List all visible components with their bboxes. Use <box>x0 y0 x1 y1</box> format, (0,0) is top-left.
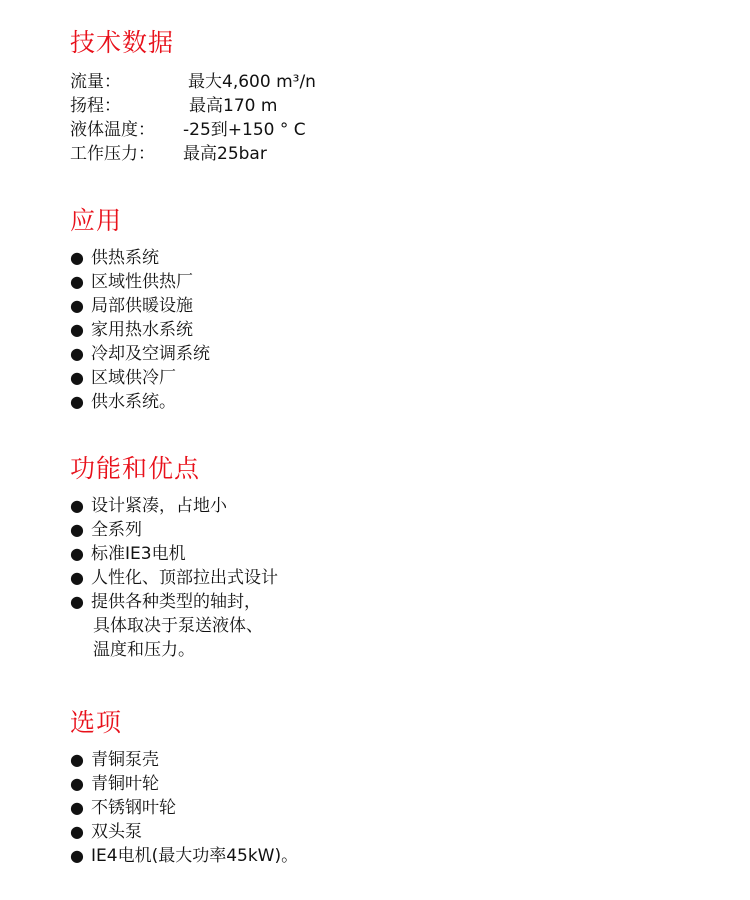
list-item: ●冷却及空调系统 <box>70 342 210 366</box>
list-item: ●双头泵 <box>70 820 298 844</box>
list-item: ●全系列 <box>70 518 278 542</box>
list-item: ●青铜泵壳 <box>70 748 298 772</box>
bullet-icon: ● <box>70 566 91 590</box>
list-item: ●供水系统。 <box>70 390 210 414</box>
applications-list: ●供热系统 ●区域性供热厂 ●局部供暖设施 ●家用热水系统 ●冷却及空调系统 ●… <box>70 246 210 414</box>
spec-value: 最高170 m <box>183 94 277 118</box>
tech-data-section: 技术数据 流量： 最大4,600 m³/n 扬程： 最高170 m 液体温度： … <box>70 28 316 166</box>
list-item: ●局部供暖设施 <box>70 294 210 318</box>
applications-heading: 应用 <box>70 206 210 236</box>
spec-label: 液体温度： <box>70 118 183 142</box>
bullet-icon: ● <box>70 518 91 542</box>
bullet-icon: ● <box>70 294 91 318</box>
list-item-continuation: 温度和压力。 <box>70 638 278 662</box>
features-section: 功能和优点 ●设计紧凑，占地小 ●全系列 ●标准IE3电机 ●人性化、顶部拉出式… <box>70 454 278 662</box>
list-item: ●IE4电机(最大功率45kW)。 <box>70 844 298 868</box>
list-item: ●人性化、顶部拉出式设计 <box>70 566 278 590</box>
bullet-icon: ● <box>70 318 91 342</box>
spec-row-flow: 流量： 最大4,600 m³/n <box>70 70 316 94</box>
spec-value: 最大4,600 m³/n <box>183 70 316 94</box>
applications-section: 应用 ●供热系统 ●区域性供热厂 ●局部供暖设施 ●家用热水系统 ●冷却及空调系… <box>70 206 210 414</box>
bullet-icon: ● <box>70 590 91 614</box>
list-item: ●标准IE3电机 <box>70 542 278 566</box>
bullet-icon: ● <box>70 494 91 518</box>
bullet-icon: ● <box>70 748 91 772</box>
bullet-icon: ● <box>70 844 91 868</box>
spec-row-temperature: 液体温度： -25到+150 ° C <box>70 118 316 142</box>
features-list: ●设计紧凑，占地小 ●全系列 ●标准IE3电机 ●人性化、顶部拉出式设计 ●提供… <box>70 494 278 662</box>
list-item: ●青铜叶轮 <box>70 772 298 796</box>
list-item: ●供热系统 <box>70 246 210 270</box>
bullet-icon: ● <box>70 542 91 566</box>
tech-data-heading: 技术数据 <box>70 28 316 58</box>
bullet-icon: ● <box>70 246 91 270</box>
spec-value: 最高25bar <box>183 142 267 166</box>
bullet-icon: ● <box>70 796 91 820</box>
list-item: ●不锈钢叶轮 <box>70 796 298 820</box>
list-item: ●区域性供热厂 <box>70 270 210 294</box>
spec-table: 流量： 最大4,600 m³/n 扬程： 最高170 m 液体温度： -25到+… <box>70 70 316 166</box>
bullet-icon: ● <box>70 772 91 796</box>
bullet-icon: ● <box>70 270 91 294</box>
bullet-icon: ● <box>70 366 91 390</box>
features-heading: 功能和优点 <box>70 454 278 484</box>
list-item: ●设计紧凑，占地小 <box>70 494 278 518</box>
spec-row-head: 扬程： 最高170 m <box>70 94 316 118</box>
spec-label: 扬程： <box>70 94 183 118</box>
options-heading: 选项 <box>70 708 298 738</box>
options-section: 选项 ●青铜泵壳 ●青铜叶轮 ●不锈钢叶轮 ●双头泵 ●IE4电机(最大功率45… <box>70 708 298 868</box>
bullet-icon: ● <box>70 342 91 366</box>
options-list: ●青铜泵壳 ●青铜叶轮 ●不锈钢叶轮 ●双头泵 ●IE4电机(最大功率45kW)… <box>70 748 298 868</box>
spec-value: -25到+150 ° C <box>183 118 306 142</box>
bullet-icon: ● <box>70 820 91 844</box>
list-item-continuation: 具体取决于泵送液体、 <box>70 614 278 638</box>
bullet-icon: ● <box>70 390 91 414</box>
list-item: ●家用热水系统 <box>70 318 210 342</box>
list-item: ●区域供冷厂 <box>70 366 210 390</box>
list-item: ●提供各种类型的轴封， <box>70 590 278 614</box>
spec-label: 流量： <box>70 70 183 94</box>
spec-label: 工作压力： <box>70 142 183 166</box>
spec-row-pressure: 工作压力： 最高25bar <box>70 142 316 166</box>
